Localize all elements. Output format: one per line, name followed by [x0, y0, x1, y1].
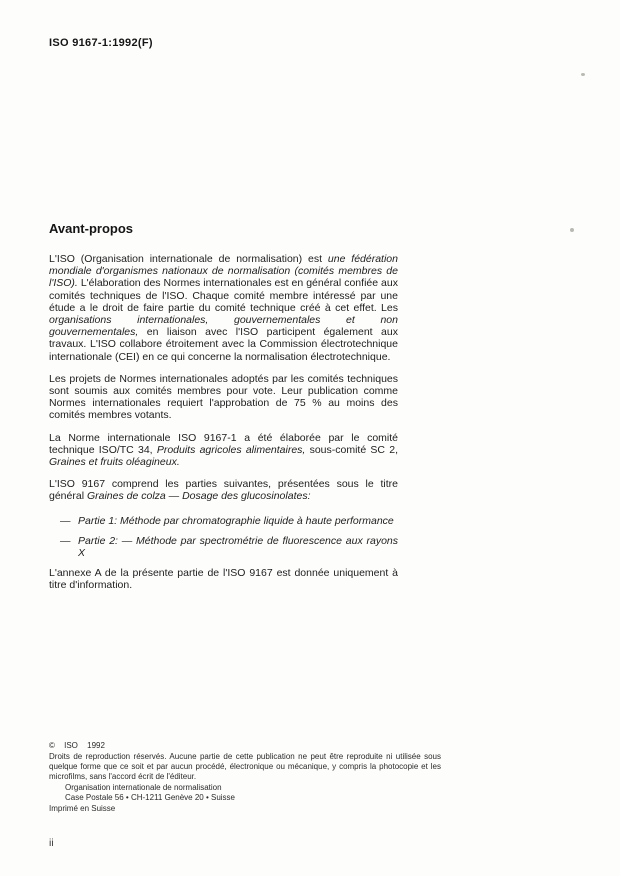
text-run: L'élaboration des Normes internationales…	[49, 277, 398, 313]
publisher-block: Organisation internationale de normalisa…	[49, 783, 441, 803]
list-item-part-2: — Partie 2: — Méthode par spectrométrie …	[49, 535, 398, 559]
text-run-italic: Produits agricoles alimentaires,	[157, 444, 306, 456]
section-title: Avant-propos	[49, 221, 398, 236]
copyright-line: © ISO 1992	[49, 741, 441, 751]
foreword-section: Avant-propos L'ISO (Organisation interna…	[49, 221, 398, 602]
list-item-text: Partie 2: — Méthode par spectrométrie de…	[78, 535, 398, 559]
scan-speck	[570, 228, 574, 232]
document-page: ISO 9167-1:1992(F) Avant-propos L'ISO (O…	[0, 0, 620, 876]
page-number: ii	[49, 837, 54, 849]
doc-number: ISO 9167-1:1992(F)	[49, 37, 153, 49]
scan-speck	[581, 73, 585, 76]
text-run-italic: Graines et fruits oléagineux.	[49, 456, 180, 468]
foreword-paragraph-2: Les projets de Normes internationales ad…	[49, 373, 398, 422]
foreword-paragraph-5: L'annexe A de la présente partie de l'IS…	[49, 567, 398, 591]
text-run-italic: Graines de colza — Dosage des glucosinol…	[87, 490, 311, 502]
rights-notice: Droits de reproduction réservés. Aucune …	[49, 752, 441, 782]
imprint-block: © ISO 1992 Droits de reproduction réserv…	[49, 741, 441, 814]
list-dash: —	[60, 515, 71, 527]
foreword-paragraph-3: La Norme internationale ISO 9167-1 a été…	[49, 432, 398, 469]
list-item-part-1: — Partie 1: Méthode par chromatographie …	[49, 515, 398, 527]
list-item-text: Partie 1: Méthode par chromatographie li…	[78, 515, 394, 527]
printed-in-line: Imprimé en Suisse	[49, 804, 441, 814]
list-dash: —	[60, 535, 71, 547]
publisher-address: Case Postale 56 • CH-1211 Genève 20 • Su…	[65, 793, 441, 803]
foreword-paragraph-4: L'ISO 9167 comprend les parties suivante…	[49, 478, 398, 502]
publisher-name: Organisation internationale de normalisa…	[65, 783, 441, 793]
foreword-paragraph-1: L'ISO (Organisation internationale de no…	[49, 253, 398, 363]
text-run: sous-comité SC 2,	[305, 444, 398, 456]
text-run: L'ISO (Organisation internationale de no…	[49, 253, 328, 265]
